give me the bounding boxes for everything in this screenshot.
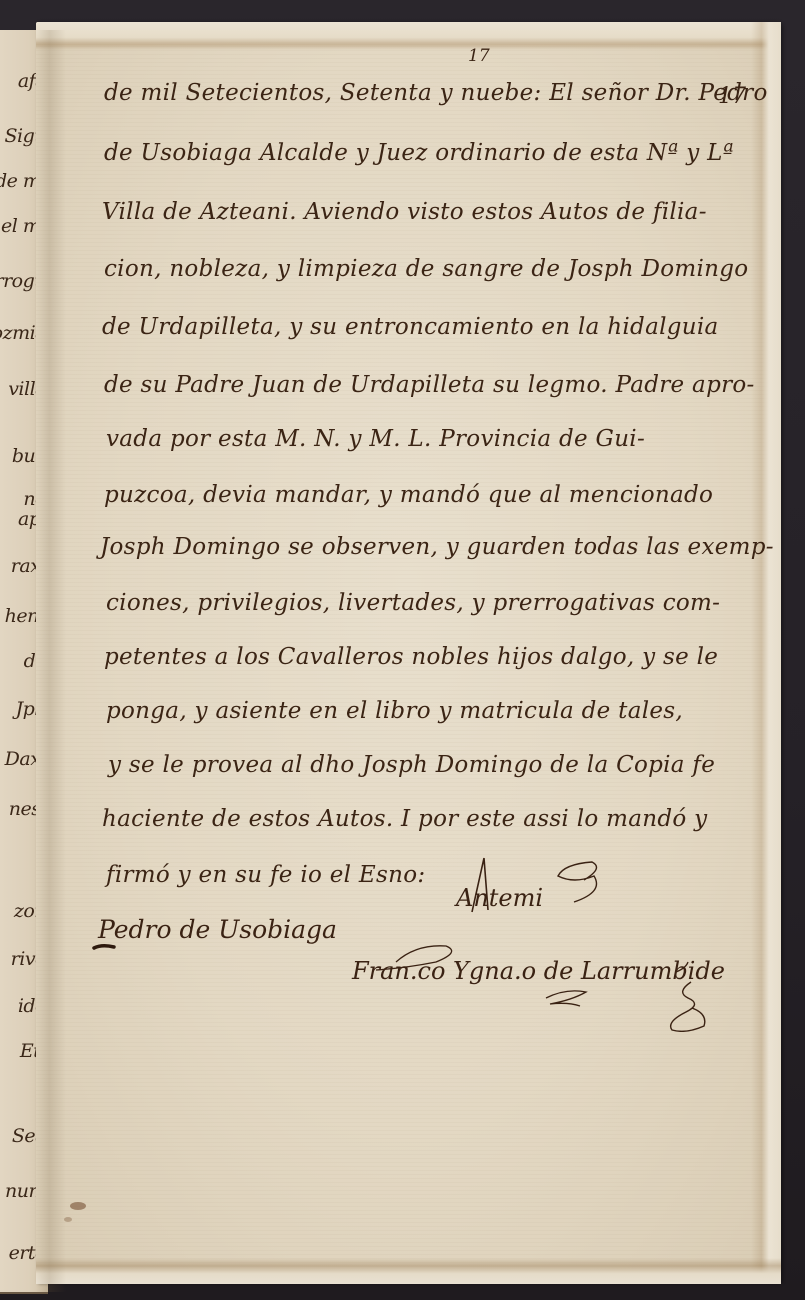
text-line-12: ponga, y asiente en el libro y matricula… (106, 698, 683, 724)
text-line-11: petentes a los Cavalleros nobles hijos d… (104, 644, 718, 670)
text-line-1: de mil Setecientos, Setenta y nuebe: El … (104, 80, 768, 106)
text-line-10: ciones, privilegios, livertades, y prerr… (106, 590, 720, 616)
ink-stain (70, 1202, 86, 1210)
text-line-5: de Urdapilleta, y su entroncamiento en l… (102, 314, 719, 340)
manuscript-page: 17 17 de mil Setecientos, Setenta y nueb… (36, 22, 781, 1284)
text-line-13: y se le provea al dho Josph Domingo de l… (108, 752, 715, 778)
text-line-6: de su Padre Juan de Urdapilleta su legmo… (104, 372, 755, 398)
signature-larrumbide: Fran.co Ygna.o de Larrumbide (352, 957, 725, 985)
ink-stain (64, 1217, 72, 1222)
text-line-2: de Usobiaga Alcalde y Juez ordinario de … (104, 140, 734, 166)
signature-pedro-de-usobiaga: Pedro de Usobiaga (98, 915, 337, 944)
text-line-14: haciente de estos Autos. I por este assi… (102, 806, 707, 832)
manuscript-body: de mil Setecientos, Setenta y nuebe: El … (136, 22, 796, 1284)
text-line-8: puzcoa, devia mandar, y mandó que al men… (104, 482, 713, 508)
text-line-7: vada por esta M. N. y M. L. Provincia de… (106, 426, 645, 452)
text-line-15: firmó y en su fe io el Esno: (106, 862, 425, 888)
manuscript-photo: afa a Sigu de mi el mi rrogu ozmia villa… (0, 0, 805, 1300)
text-line-9: Josph Domingo se observen, y guarden tod… (100, 534, 774, 560)
text-line-4: cion, nobleza, y limpieza de sangre de J… (104, 256, 748, 282)
signature-ante-mi: Antemi (456, 884, 543, 912)
text-line-3: Villa de Azteani. Aviendo visto estos Au… (102, 199, 707, 225)
